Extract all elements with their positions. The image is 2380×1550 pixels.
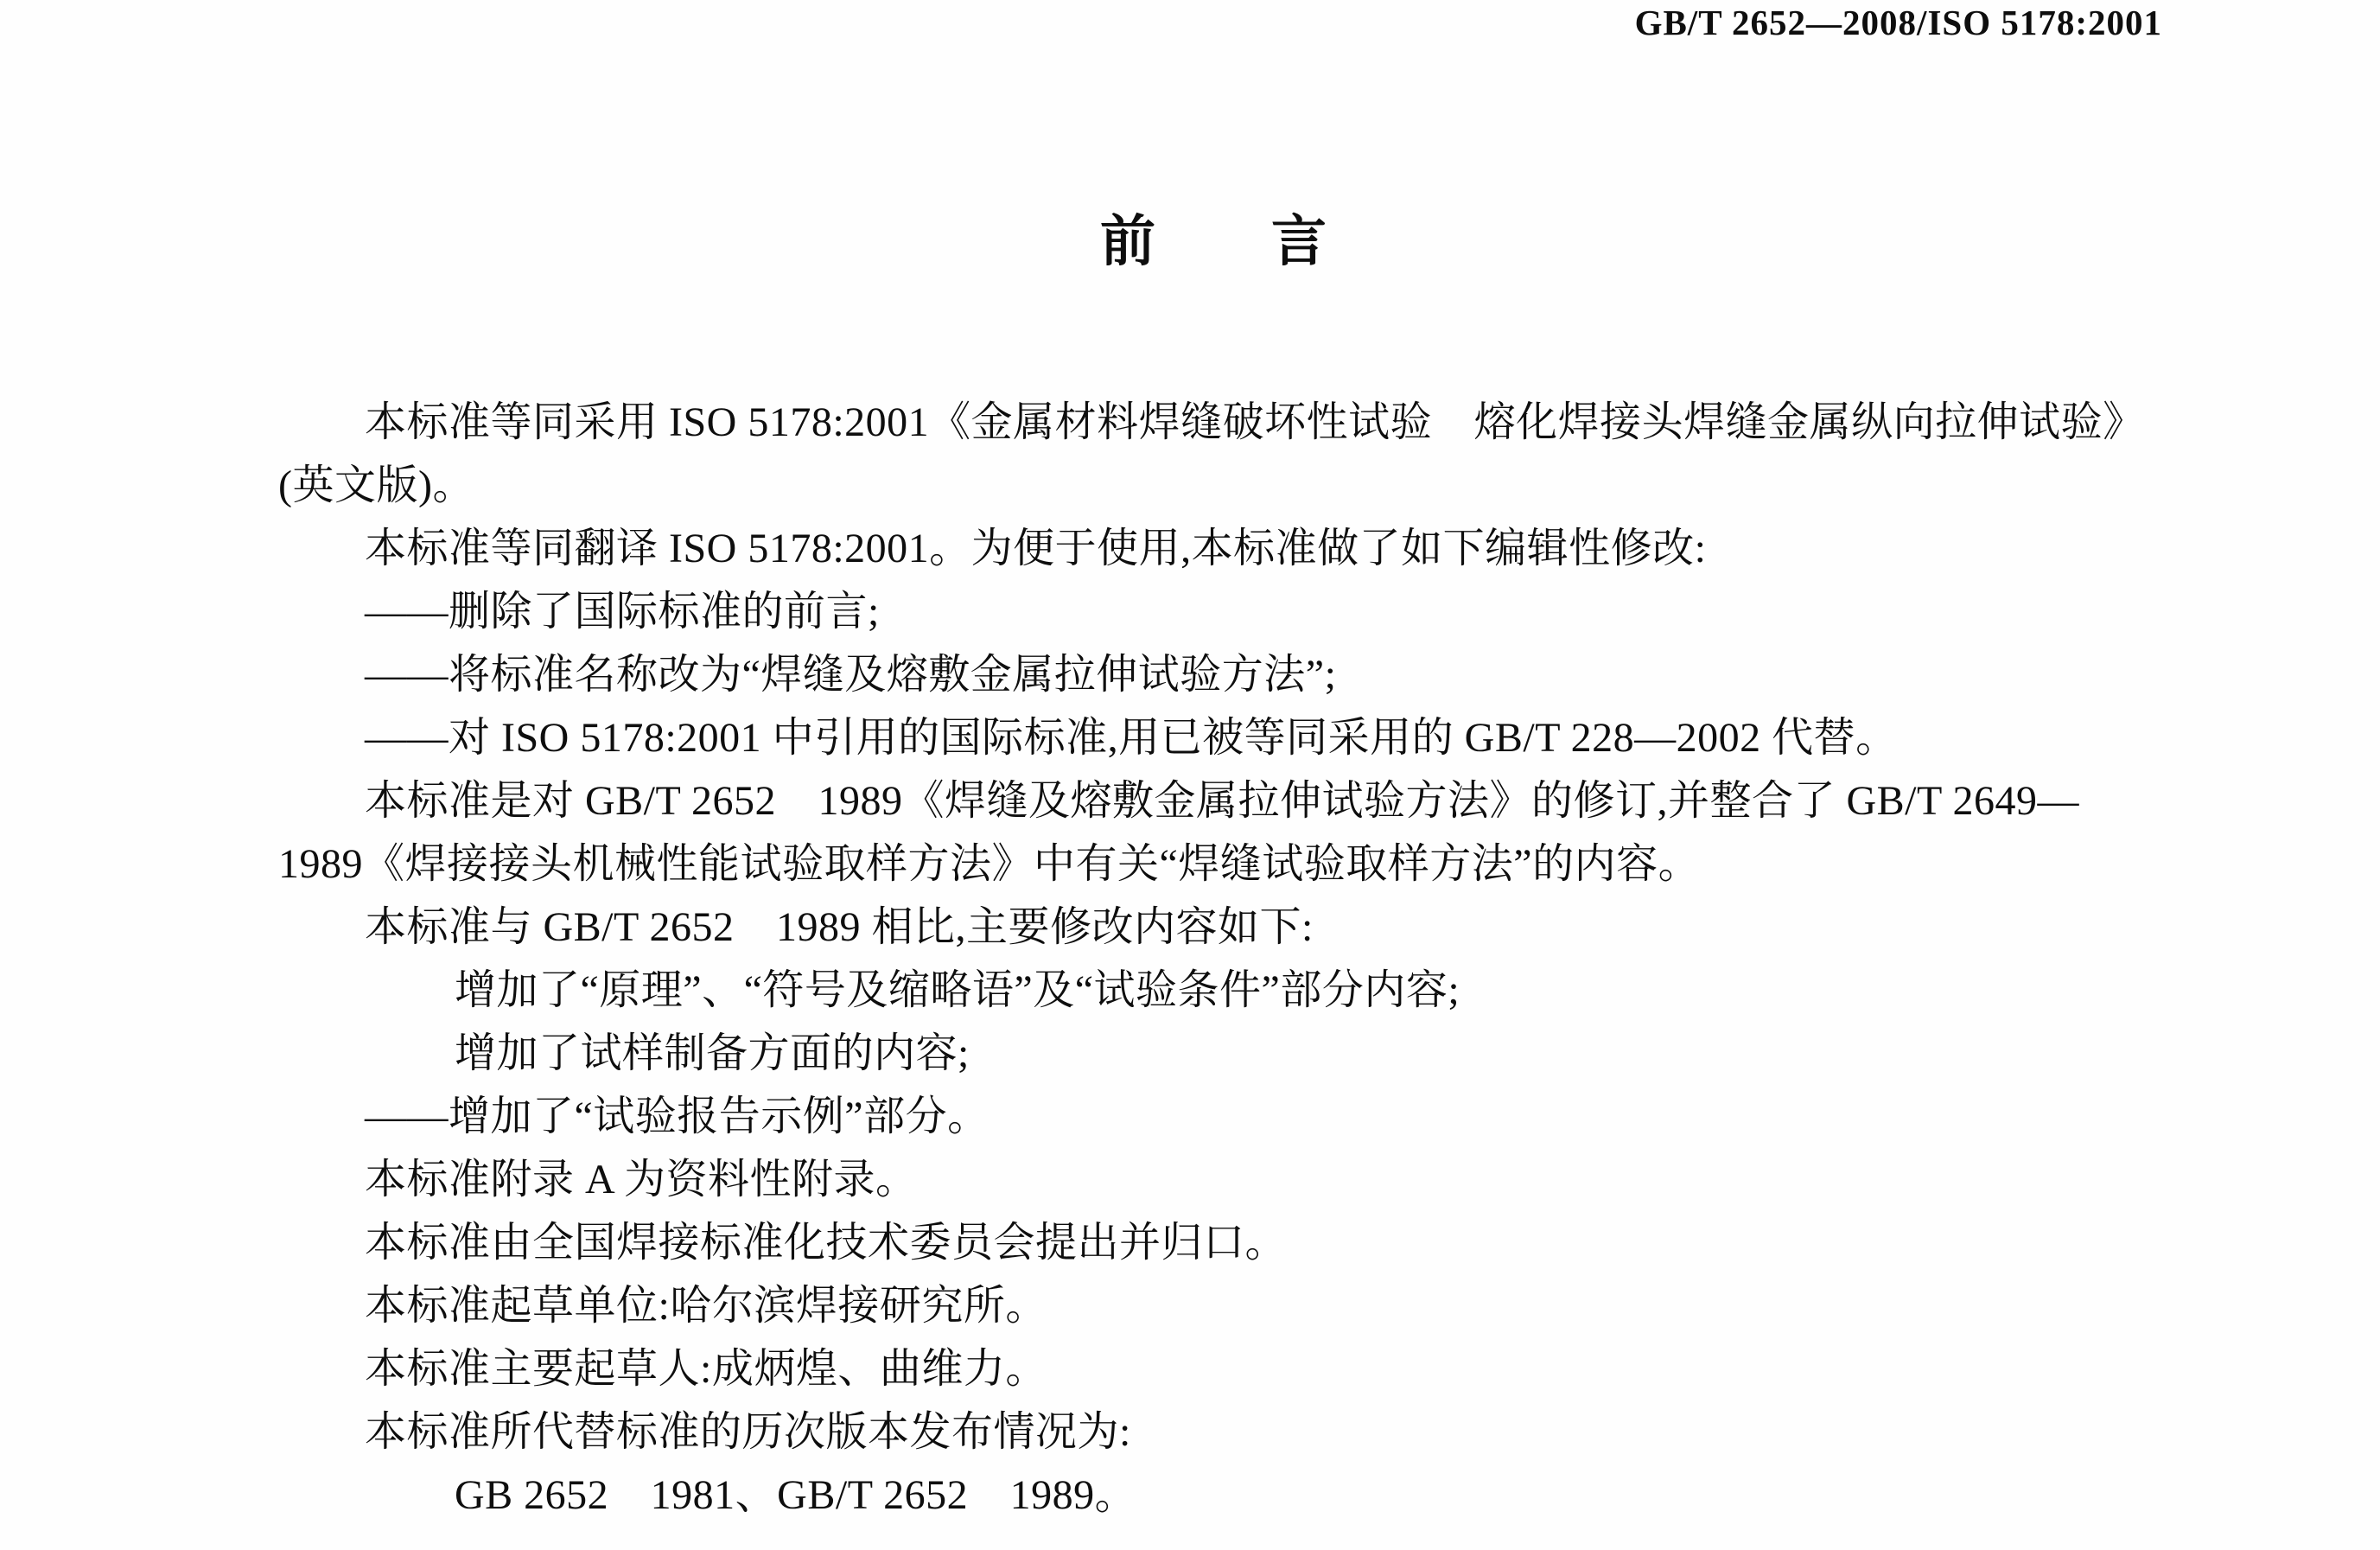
text-line: 本标准等同采用 ISO 5178:2001《金属材料焊缝破坏性试验 熔化焊接头焊… bbox=[278, 391, 2154, 454]
text-line-dash-item: ——删除了国际标准的前言; bbox=[278, 580, 2154, 643]
text-line: 本标准起草单位:哈尔滨焊接研究所。 bbox=[278, 1274, 2154, 1337]
text-line: 1989《焊接接头机械性能试验取样方法》中有关“焊缝试验取样方法”的内容。 bbox=[278, 832, 2154, 896]
text-line: 本标准与 GB/T 2652 1989 相比,主要修改内容如下: bbox=[278, 896, 2154, 959]
text-line-sub-item: 增加了“原理”、“符号及缩略语”及“试验条件”部分内容; bbox=[278, 959, 2154, 1022]
document-page: GB/T 2652—2008/ISO 5178:2001 前 言 本标准等同采用… bbox=[0, 0, 2380, 1550]
text-line: 本标准是对 GB/T 2652 1989《焊缝及熔敷金属拉伸试验方法》的修订,并… bbox=[278, 769, 2154, 832]
text-line-dash-item: ——对 ISO 5178:2001 中引用的国际标准,用已被等同采用的 GB/T… bbox=[278, 706, 2154, 769]
standard-number-header: GB/T 2652—2008/ISO 5178:2001 bbox=[0, 2, 2162, 43]
text-line: 本标准等同翻译 ISO 5178:2001。为便于使用,本标准做了如下编辑性修改… bbox=[278, 517, 2154, 580]
text-line-dash-item: ——增加了“试验报告示例”部分。 bbox=[278, 1085, 2154, 1148]
text-line: (英文版)。 bbox=[278, 454, 2154, 517]
text-line-dash-item: ——将标准名称改为“焊缝及熔敷金属拉伸试验方法”; bbox=[278, 643, 2154, 706]
foreword-body: 本标准等同采用 ISO 5178:2001《金属材料焊缝破坏性试验 熔化焊接头焊… bbox=[278, 391, 2154, 1527]
text-line: 本标准附录 A 为资料性附录。 bbox=[278, 1148, 2154, 1211]
text-line: 本标准由全国焊接标准化技术委员会提出并归口。 bbox=[278, 1211, 2154, 1274]
page-title: 前 言 bbox=[277, 197, 2152, 277]
text-line-sub-item: GB 2652 1981、GB/T 2652 1989。 bbox=[278, 1464, 2154, 1527]
text-line-sub-item: 增加了试样制备方面的内容; bbox=[278, 1022, 2154, 1085]
text-line: 本标准主要起草人:成炳煌、曲维力。 bbox=[278, 1337, 2154, 1400]
text-line: 本标准所代替标准的历次版本发布情况为: bbox=[278, 1400, 2154, 1464]
